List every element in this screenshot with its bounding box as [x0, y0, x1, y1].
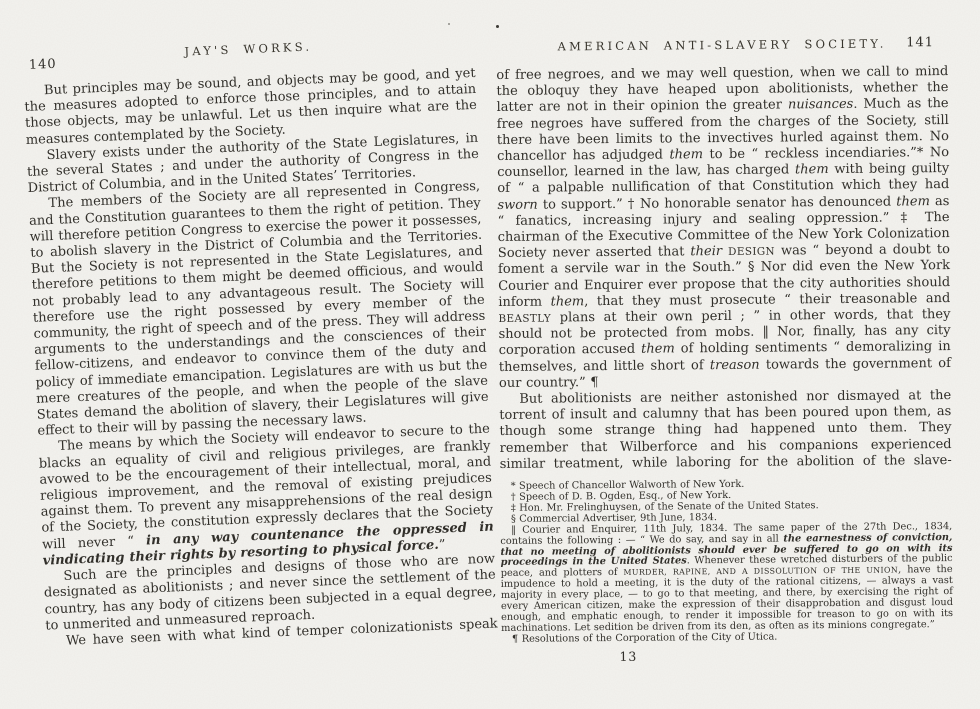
- right-page-text: of free negroes, and we may well questio…: [496, 64, 952, 473]
- footnote: ¶ Resolutions of the Corporation of the …: [501, 631, 953, 646]
- text-run: their: [690, 244, 722, 259]
- text-run: , that they must prosecute “ their treas…: [584, 291, 950, 309]
- left-page-header: 140 JAY'S WORKS.: [22, 31, 475, 71]
- text-run: sworn: [497, 197, 537, 212]
- text-run: them: [795, 162, 829, 177]
- text-run: But abolitionists are neither astonished…: [499, 388, 952, 472]
- text-run: to support.” † No honorable senator has …: [538, 194, 897, 212]
- text-run: them: [896, 194, 930, 209]
- left-running-title: JAY'S WORKS.: [22, 33, 474, 65]
- ink-speck: [496, 25, 499, 28]
- right-paragraph: But abolitionists are neither astonished…: [499, 388, 952, 473]
- text-run: ”: [438, 537, 445, 552]
- text-run: The members of the Society are all repre…: [29, 179, 489, 439]
- left-page: 140 JAY'S WORKS. But principles may be s…: [22, 31, 498, 651]
- right-page: AMERICAN ANTI-SLAVERY SOCIETY. 141 of fr…: [496, 34, 953, 665]
- text-run: ¶ Resolutions of the Corporation of the …: [512, 631, 777, 644]
- text-run: nuisances: [788, 97, 853, 113]
- right-page-number: 141: [906, 35, 934, 50]
- footnotes-block: * Speech of Chancellor Walworth of New Y…: [500, 478, 953, 646]
- left-paragraph: The members of the Society are all repre…: [28, 179, 489, 440]
- text-run: treason: [710, 357, 760, 372]
- text-run: them: [669, 147, 703, 162]
- right-paragraph: of free negroes, and we may well questio…: [496, 64, 951, 392]
- signature-mark: 13: [619, 646, 953, 664]
- left-page-text: But principles may be sound, and objects…: [24, 66, 498, 651]
- footnote: ‖ Courier and Enquirer, 11th July, 1834.…: [500, 522, 953, 635]
- book-scan: 140 JAY'S WORKS. But principles may be s…: [0, 0, 980, 709]
- right-page-header: AMERICAN ANTI-SLAVERY SOCIETY. 141: [496, 34, 948, 60]
- text-run: BEASTLY: [498, 313, 551, 325]
- right-running-title: AMERICAN ANTI-SLAVERY SOCIETY.: [496, 36, 948, 54]
- text-run: DESIGN: [728, 246, 775, 258]
- ink-speck: [448, 23, 450, 25]
- text-run: them: [551, 294, 585, 309]
- left-paragraph: The means by which the Society will ende…: [38, 422, 495, 570]
- text-run: them: [641, 342, 675, 357]
